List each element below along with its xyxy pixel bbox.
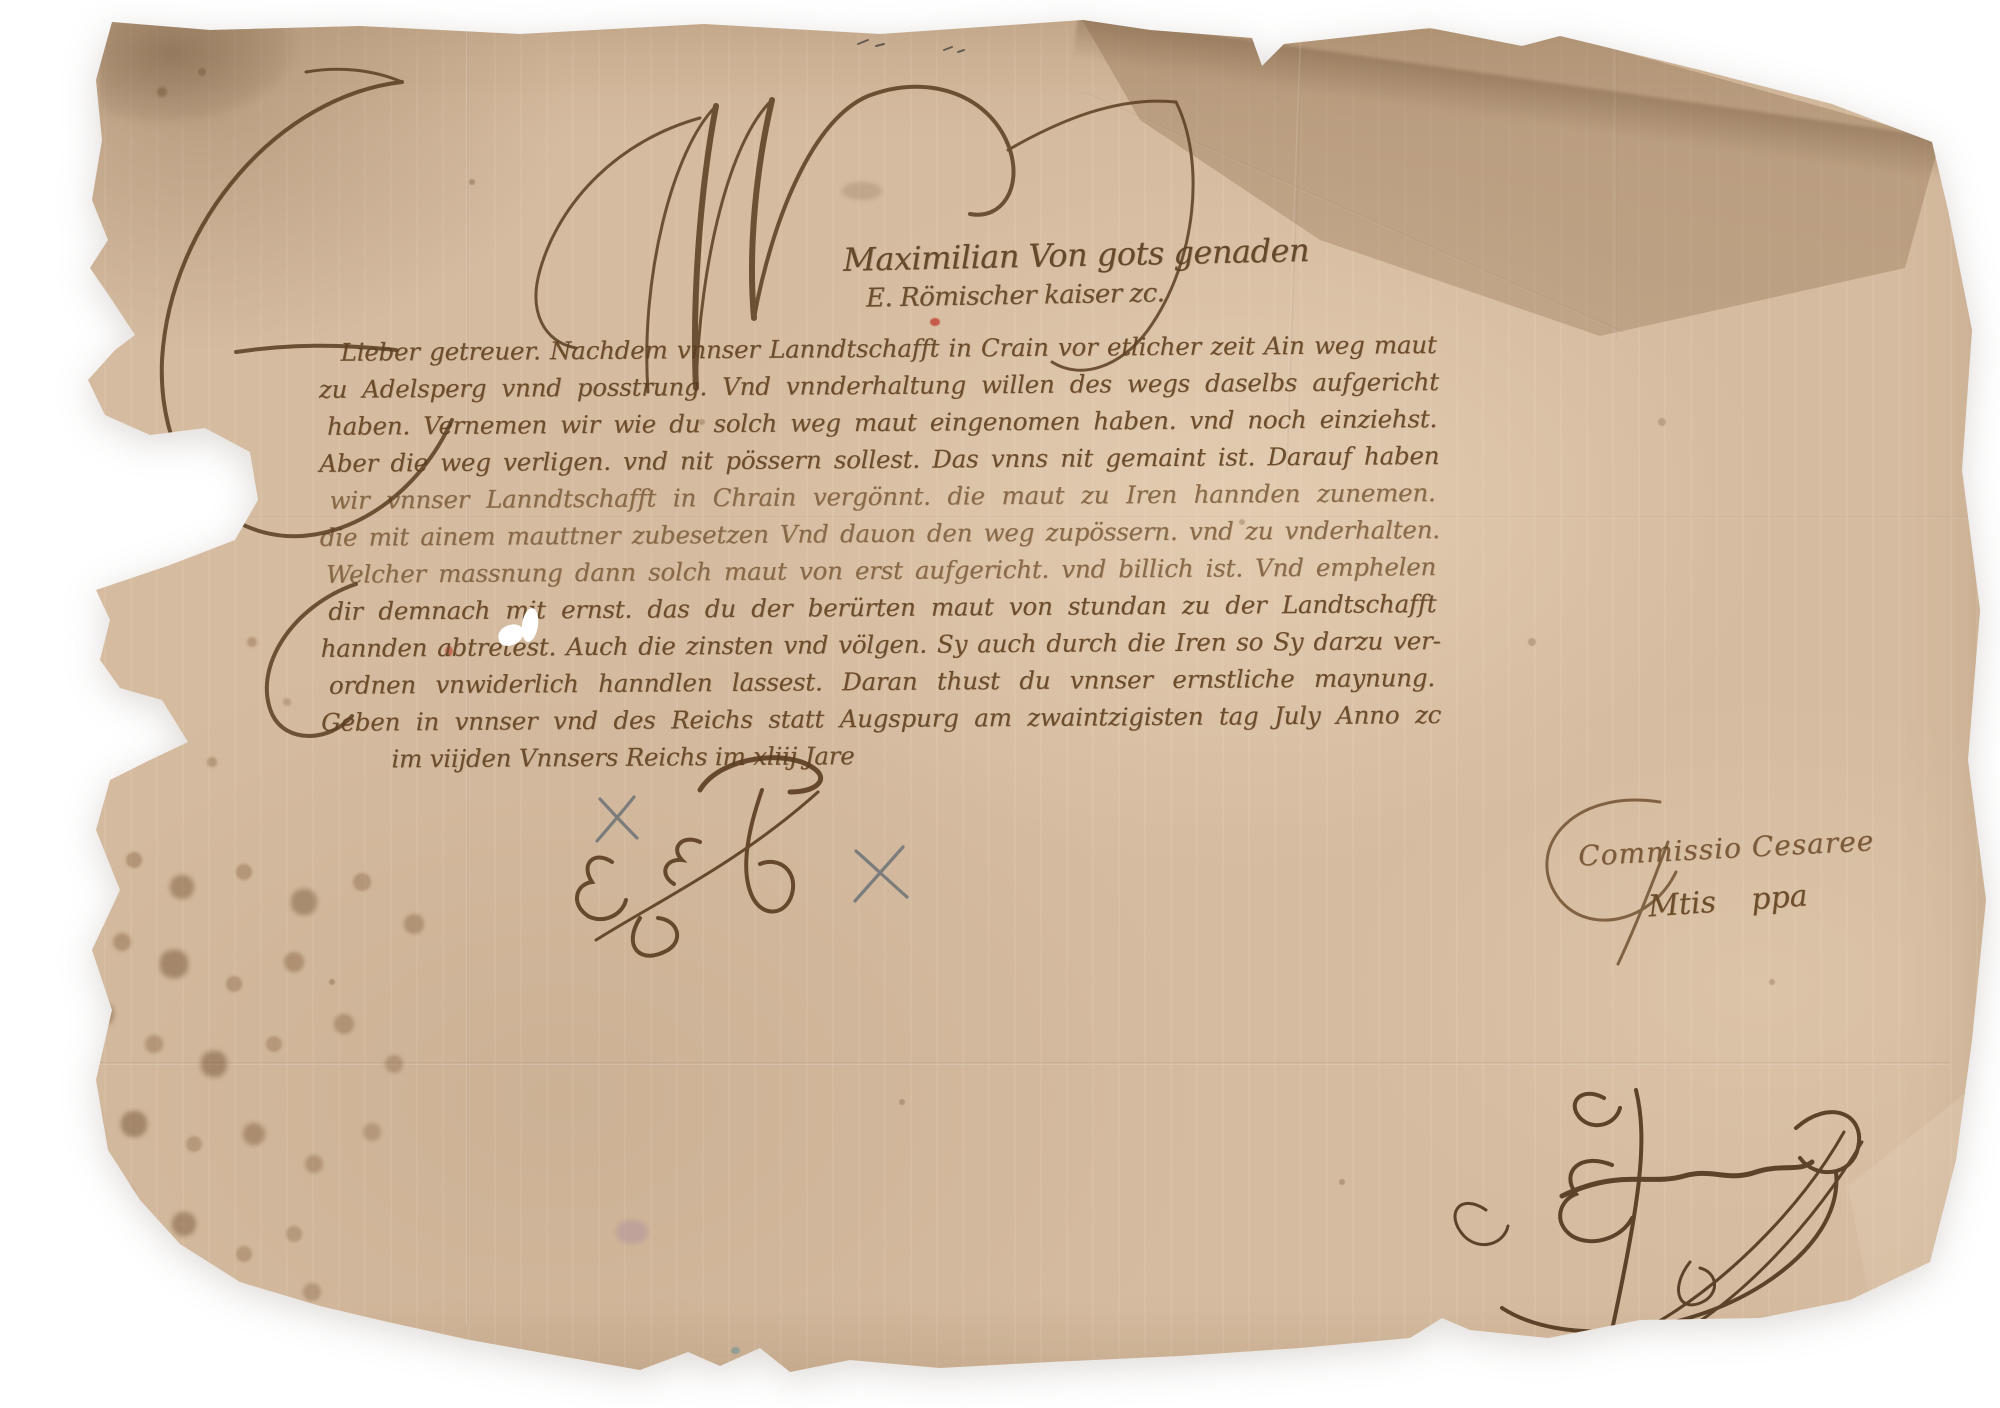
- maximilian-initial-stroke: [754, 87, 1014, 318]
- paper-shadow: Maximilian Von gots genaden E. Römischer…: [0, 0, 2000, 1408]
- commissio-c-loop: [1547, 800, 1676, 920]
- margin-bracket-flourish: [267, 584, 356, 736]
- flourish-layer: [0, 0, 2000, 1408]
- opening-flourishes: [162, 69, 1193, 736]
- manuscript-paper: Maximilian Von gots genaden E. Römischer…: [0, 0, 2000, 1408]
- commissio-swash: [1547, 800, 1676, 964]
- maximilian-left-swash: [536, 118, 700, 348]
- commissio-slash: [1618, 842, 1668, 964]
- maximilian-descender: [1052, 102, 1193, 370]
- signature-small-loop: [1679, 1262, 1715, 1305]
- foxing-spot-field: [58, 828, 66, 836]
- signature-stem: [1612, 1090, 1641, 1330]
- paraph-e-curl: [665, 840, 700, 884]
- maximilian-tail: [1008, 101, 1176, 150]
- entry-dash: [236, 346, 396, 352]
- paraph-loop-stem: [746, 790, 793, 912]
- paraph-hat-arc: [700, 758, 821, 792]
- paraph-lower-loop: [633, 918, 677, 956]
- paraph-flourish: [577, 758, 821, 956]
- signature-name-line: [1562, 1162, 1812, 1196]
- small-ink-mark: [858, 40, 884, 46]
- oval-flourish-hook: [306, 69, 402, 82]
- signature-e-curl: [1575, 1094, 1620, 1125]
- signature-left-curl: [1455, 1203, 1508, 1244]
- photograph-backdrop: Maximilian Von gots genaden E. Römischer…: [0, 0, 2000, 1408]
- paraph-p-glyph: [577, 858, 626, 920]
- small-ink-mark: [944, 47, 964, 52]
- scattered-specks: [0, 0, 4, 4]
- oval-flourish: [162, 82, 452, 536]
- signature-under-sweep: [1502, 1172, 1836, 1332]
- pencil-x-marks: [597, 797, 907, 901]
- maximilian-initial-stroke: [647, 106, 716, 392]
- signature-s-loops: [1560, 1161, 1632, 1241]
- top-edge-ink-marks: [858, 40, 964, 52]
- secretary-signature-flourish: [1455, 1090, 1862, 1336]
